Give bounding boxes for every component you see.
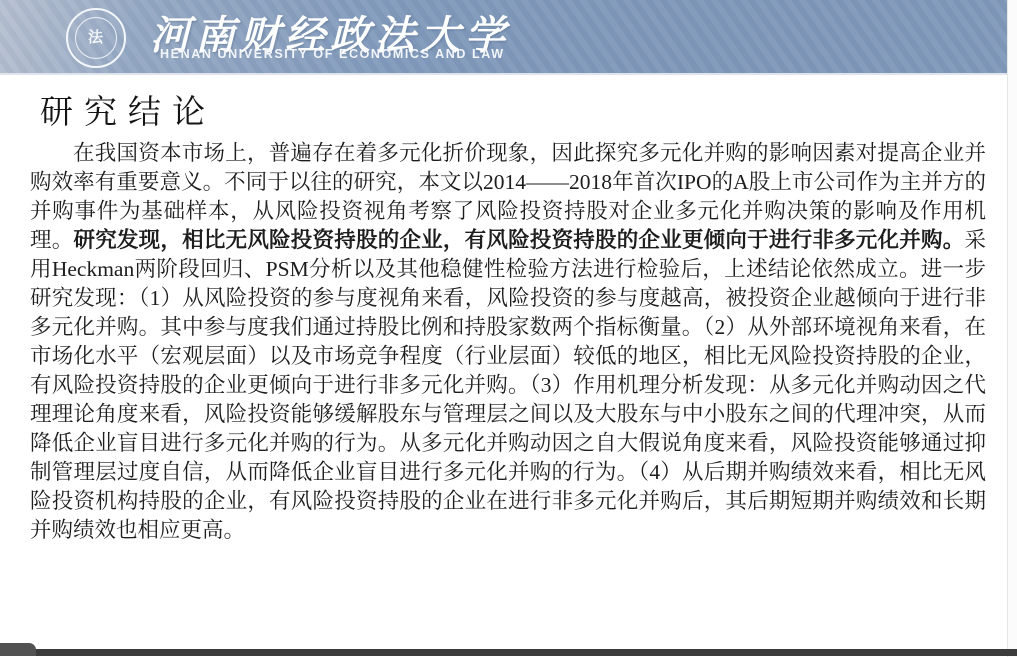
university-seal-glyphs: 法 [75,17,117,59]
video-progress-playhead[interactable] [0,643,36,656]
conclusion-paragraph: 在我国资本市场上，普遍存在着多元化折价现象，因此探究多元化并购的影响因素对提高企… [30,139,986,545]
page-title: 研究结论 [40,86,216,133]
frame-edge-strip [1007,0,1017,657]
university-banner: 法 河南财经政法大学 HENAN UNIVERSITY OF ECONOMICS… [0,0,1008,75]
paragraph-segment-2-bold: 研究发现，相比无风险投资持股的企业，有风险投资持股的企业更倾向于进行非多元化并购… [73,228,964,252]
video-progress-bar[interactable] [0,649,1017,656]
university-name-english: HENAN UNIVERSITY OF ECONOMICS AND LAW [160,47,505,61]
university-seal-icon: 法 [66,8,126,68]
paragraph-segment-3: 采用Heckman两阶段回归、PSM分析以及其他稳健性检验方法进行检验后，上述结… [30,228,986,542]
